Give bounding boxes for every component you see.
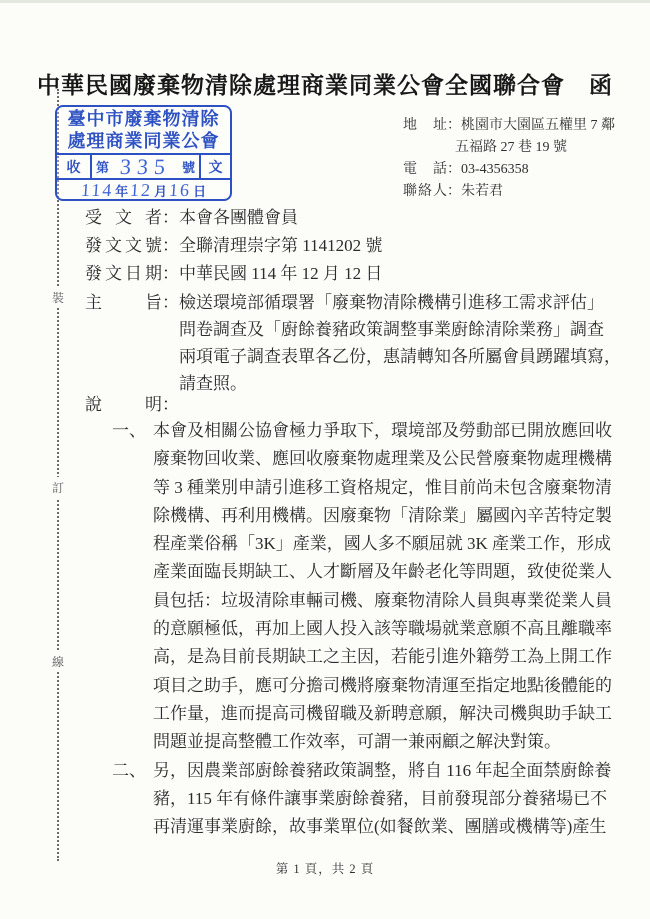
stamp-date-year: 114 [80,180,114,201]
item-line: 本會及相關公協會極力爭取下，環境部及勞動部已開放應回收 [153,417,612,445]
issue-date-value: 中華民國 114 年 12 月 12 日 [179,260,382,288]
stamp-number-handwritten: 335 [119,156,172,178]
stamp-number-cell: 第 335 號 [90,155,201,178]
subject-line: 兩項電子調查表單各乙份，惠請轉知各所屬會員踴躍填寫， [179,343,621,370]
item-line: 程產業俗稱「3K」產業，國人多不願屈就 3K 產業工作，形成 [153,530,612,558]
binding-dotted-line [57,89,59,861]
subject-line: 請查照。 [179,370,621,397]
binding-char-zhuang: 裝 [50,287,66,308]
doc-number-value: 全聯清理崇字第 1141202 號 [179,232,382,260]
stamp-year-label: 年 [115,181,128,200]
issue-date-label: 發文日期 [85,260,162,288]
recipient-label: 受文者 [85,204,162,232]
item-marker: 一、 [112,417,153,757]
sender-contact-block: 地址 ： 桃園市大園區五權里 7 鄰 五福路 27 巷 19 號 電話 ： 03… [403,115,615,203]
phone-value: 03-4356358 [461,159,529,181]
stamp-org-line1: 臺中市廢棄物清除 [57,108,230,130]
contact-value: 朱若君 [461,181,503,203]
receive-stamp: 臺中市廢棄物清除 處理商業同業公會 收 第 335 號 文 114 年 12 月… [55,105,232,201]
doc-number-label: 發文文號 [85,232,162,260]
sender-address-row: 地址 ： 桃園市大園區五權里 7 鄰 [403,115,615,137]
item-line: 項目之助手，應可分擔司機將廢棄物清運至指定地點後體能的 [153,672,612,700]
item-lines: 另，因農業部廚餘養豬政策調整，將自 116 年起全面禁廚餘養 豬，115 年有條… [153,757,611,842]
stamp-number-suffix: 號 [182,157,195,176]
colon: ： [162,232,179,260]
stamp-day-label: 日 [193,181,206,200]
stamp-date-day: 16 [168,180,191,201]
address-line1: 桃園市大園區五權里 7 鄰 [461,115,615,137]
explanation-heading: 說明 ： [85,390,179,415]
colon: ： [447,159,461,181]
sender-address-row2: 五福路 27 巷 19 號 [403,137,615,159]
item-line: 的意願極低，再加上國人投入該等職場就業意願不高且離職率 [153,615,612,643]
explanation-item-1: 一、 本會及相關公協會極力爭取下，環境部及勞動部已開放應回收 廢棄物回收業、應回… [112,417,612,757]
stamp-receive-label: 收 [57,155,90,178]
stamp-number-row: 收 第 335 號 文 [57,153,230,178]
issue-date-row: 發文日期 ： 中華民國 114 年 12 月 12 日 [85,260,382,288]
colon: ： [162,390,179,415]
sender-contact-row: 聯絡人 ： 朱若君 [403,181,615,203]
subject-line: 問卷調查及「廚餘養豬政策調整事業廚餘清除業務」調查 [179,316,621,343]
doc-number-row: 發文文號 ： 全聯清理崇字第 1141202 號 [85,232,382,260]
document-title: 中華民國廢棄物清除處理商業同業公會全國聯合會 函 [0,67,650,100]
subject-line: 檢送環境部循環署「廢棄物清除機構引進移工需求評估」 [179,289,621,316]
explanation-label: 說明 [85,390,162,415]
colon: ： [162,289,179,397]
colon: ： [447,181,461,203]
stamp-date-row: 114 年 12 月 16 日 [57,178,230,201]
explanation-items: 一、 本會及相關公協會極力爭取下，環境部及勞動部已開放應回收 廢棄物回收業、應回… [112,417,612,841]
subject-lines: 檢送環境部循環署「廢棄物清除機構引進移工需求評估」 問卷調查及「廚餘養豬政策調整… [179,289,621,397]
stamp-org-line2: 處理商業同業公會 [57,130,230,152]
item-line: 高，是為目前長期缺工之主因，若能引進外籍勞工為上開工作 [153,643,612,671]
subject-label: 主旨 [85,289,162,397]
phone-label: 電話 [403,159,447,181]
sender-phone-row: 電話 ： 03-4356358 [403,159,615,181]
page-number-footer: 第 1 頁，共 2 頁 [0,859,650,877]
recipient-value: 本會各團體會員 [179,204,298,232]
colon: ： [162,260,179,288]
stamp-month-label: 月 [154,181,167,200]
item-line: 員包括：垃圾清除車輛司機、廢棄物清除人員與專業從業人員 [153,587,612,615]
stamp-number-prefix: 第 [96,157,109,176]
item-lines: 本會及相關公協會極力爭取下，環境部及勞動部已開放應回收 廢棄物回收業、應回收廢棄… [153,417,612,757]
document-meta: 受文者 ： 本會各團體會員 發文文號 ： 全聯清理崇字第 1141202 號 發… [85,204,382,288]
item-line: 工作量，進而提高司機留職及新聘意願，解決司機與助手缺工 [153,700,612,728]
recipient-row: 受文者 ： 本會各團體會員 [85,204,382,232]
item-marker: 二、 [112,757,153,842]
explanation-item-2: 二、 另，因農業部廚餘養豬政策調整，將自 116 年起全面禁廚餘養 豬，115 … [112,757,612,842]
stamp-date-month: 12 [129,180,152,201]
item-line: 問題並提高整體工作效率，可謂一兼兩顧之解決對策。 [153,728,612,756]
colon: ： [447,115,461,137]
contact-label: 聯絡人 [403,181,447,203]
item-line: 廢棄物回收業、應回收廢棄物處理業及公民營廢棄物處理機構 [153,445,612,473]
binding-char-xian: 線 [50,651,66,672]
item-line: 等 3 種業別申請引進移工資格規定，惟目前尚未包含廢棄物清 [153,474,612,502]
item-line: 豬，115 年有條件讓事業廚餘養豬，目前發現部分養豬場已不 [153,785,611,813]
subject-section: 主旨 ： 檢送環境部循環署「廢棄物清除機構引進移工需求評估」 問卷調查及「廚餘養… [85,289,621,397]
item-line: 另，因農業部廚餘養豬政策調整，將自 116 年起全面禁廚餘養 [153,757,611,785]
binding-char-ding: 訂 [50,477,66,498]
item-line: 產業面臨長期缺工、人才斷層及年齡老化等問題，致使從業人 [153,558,612,586]
stamp-doc-label: 文 [201,155,230,178]
address-line2: 五福路 27 巷 19 號 [403,137,567,159]
address-label: 地址 [403,115,447,137]
stamp-organization: 臺中市廢棄物清除 處理商業同業公會 [57,107,230,153]
scanned-official-letter: 裝 訂 線 中華民國廢棄物清除處理商業同業公會全國聯合會 函 臺中市廢棄物清除 … [0,0,650,919]
item-line: 再清運事業廚餘，故事業單位(如餐飲業、團膳或機構等)產生 [153,813,611,841]
colon: ： [162,204,179,232]
item-line: 除機構、再利用機構。因廢棄物「清除業」屬國內辛苦特定製 [153,502,612,530]
